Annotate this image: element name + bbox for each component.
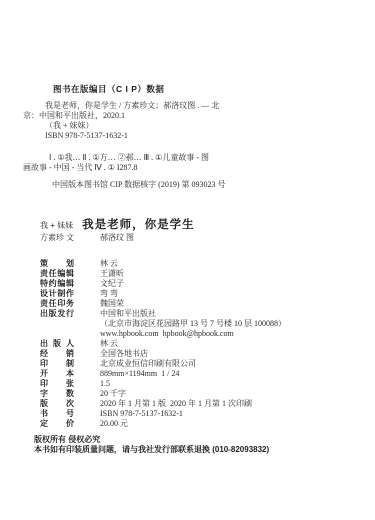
colophon-value: 魏国荣 bbox=[100, 299, 124, 308]
colophon-value: 王潇昕 bbox=[100, 269, 124, 278]
colophon-label: 特约编辑 bbox=[40, 279, 74, 289]
copyright-page: 图书在版编目（C I P）数据 我是老师，你是学生 / 方素珍文；郝洛玟图 . … bbox=[0, 0, 375, 520]
book-title: 我是老师，你是学生 bbox=[82, 219, 195, 231]
illustrator-credit: 郝洛玟 图 bbox=[100, 233, 134, 242]
colophon-row: 出版发行中国和平出版社 bbox=[40, 309, 375, 319]
title-line: 我 + 妹妹我是老师，你是学生 bbox=[40, 218, 375, 233]
colophon-label: 印张 bbox=[40, 379, 74, 389]
colophon-value: 弯 弯 bbox=[100, 289, 118, 298]
colophon-value: 2020 年 1 月第 1 版 2020 年 1 月第 1 次印刷 bbox=[100, 399, 252, 408]
colophon-value: 20 千字 bbox=[100, 389, 126, 398]
colophon-row-continuation: www.hpbook.com hpbook@hpbook.com bbox=[40, 329, 375, 339]
colophon-label: 书号 bbox=[40, 409, 74, 419]
colophon-value: www.hpbook.com hpbook@hpbook.com bbox=[100, 329, 234, 338]
colophon-value: 中国和平出版社 bbox=[100, 309, 156, 318]
colophon-value: 全国各地书店 bbox=[100, 349, 148, 358]
series-name: 我 + 妹妹 bbox=[40, 221, 73, 230]
colophon-label: 版次 bbox=[40, 399, 74, 409]
colophon-row: 责任印务魏国荣 bbox=[40, 299, 375, 309]
colophon-row: 印张1.5 bbox=[40, 379, 375, 389]
cip-title-statement-line1: 我是老师，你是学生 / 方素珍文；郝洛玟图 . — 北 bbox=[45, 101, 375, 111]
copyright-notice-line1: 版权所有 侵权必究 bbox=[34, 435, 375, 445]
colophon-row: 开本889mm×1194mm 1 / 24 bbox=[40, 369, 375, 379]
colophon-label: 开本 bbox=[40, 369, 74, 379]
colophon-value: 20.00 元 bbox=[100, 419, 128, 428]
colophon-row: 印制北京成业恒信印刷有限公司 bbox=[40, 359, 375, 369]
cip-classification-line1: Ⅰ . ①我… Ⅱ . ①方… ②郝… Ⅲ . ①儿童故事 - 图 bbox=[49, 153, 375, 163]
colophon-row: 出版人林 云 bbox=[40, 339, 375, 349]
colophon-row: 策划林 云 bbox=[40, 259, 375, 269]
colophon-row: 设计制作弯 弯 bbox=[40, 289, 375, 299]
colophon-label: 出版人 bbox=[40, 339, 74, 349]
cip-registry-number: 中国版本图书馆 CIP 数据核字 (2019) 第 093023 号 bbox=[52, 180, 375, 190]
colophon-label: 印制 bbox=[40, 359, 74, 369]
credits-line: 方素珍 文郝洛玟 图 bbox=[40, 233, 375, 243]
colophon-label: 定价 bbox=[40, 419, 74, 429]
colophon-label: 责任编辑 bbox=[40, 269, 74, 279]
cip-isbn: ISBN 978-7-5137-1632-1 bbox=[45, 131, 375, 141]
colophon-row: 定价20.00 元 bbox=[40, 419, 375, 429]
author-credit: 方素珍 文 bbox=[40, 233, 100, 243]
colophon-value: 北京成业恒信印刷有限公司 bbox=[100, 359, 196, 368]
colophon-row-continuation: （北京市海淀区花园路甲 13 号 7 号楼 10 层 100088） bbox=[40, 319, 375, 329]
colophon-row: 责任编辑王潇昕 bbox=[40, 269, 375, 279]
colophon-value: 林 云 bbox=[100, 339, 118, 348]
colophon-value: 文纪子 bbox=[100, 279, 124, 288]
colophon-value: 889mm×1194mm 1 / 24 bbox=[100, 369, 179, 378]
colophon-row: 版次2020 年 1 月第 1 版 2020 年 1 月第 1 次印刷 bbox=[40, 399, 375, 409]
colophon-label: 设计制作 bbox=[40, 289, 74, 299]
cip-heading: 图书在版编目（C I P）数据 bbox=[53, 84, 375, 94]
copyright-notice: 版权所有 侵权必究 本书如有印装质量问题，请与我社发行部联系退换 (010-82… bbox=[34, 435, 375, 455]
colophon-value: （北京市海淀区花园路甲 13 号 7 号楼 10 层 100088） bbox=[100, 319, 286, 328]
colophon-value: 林 云 bbox=[100, 259, 118, 268]
colophon-label: 策划 bbox=[40, 259, 74, 269]
colophon-row: 书号ISBN 978-7-5137-1632-1 bbox=[40, 409, 375, 419]
colophon-value: 1.5 bbox=[100, 379, 110, 388]
colophon-label: 经销 bbox=[40, 349, 74, 359]
colophon-value: ISBN 978-7-5137-1632-1 bbox=[100, 409, 183, 418]
colophon-label: 出版发行 bbox=[40, 309, 74, 319]
colophon-row: 字数20 千字 bbox=[40, 389, 375, 399]
cip-block: 图书在版编目（C I P）数据 我是老师，你是学生 / 方素珍文；郝洛玟图 . … bbox=[0, 0, 375, 190]
colophon-row: 特约编辑文纪子 bbox=[40, 279, 375, 289]
colophon-row: 经销全国各地书店 bbox=[40, 349, 375, 359]
cip-title-statement-line2: 京：中国和平出版社，2020.1 bbox=[23, 111, 375, 121]
colophon-label: 字数 bbox=[40, 389, 74, 399]
cip-series-note: （我 + 妹妹） bbox=[45, 121, 375, 131]
copyright-notice-line2: 本书如有印装质量问题，请与我社发行部联系退换 (010-82093832) bbox=[34, 445, 375, 455]
colophon-roster: 策划林 云责任编辑王潇昕特约编辑文纪子设计制作弯 弯责任印务魏国荣出版发行中国和… bbox=[0, 259, 375, 429]
cip-classification-line2: 画故事 - 中国 - 当代 Ⅳ . ① I287.8 bbox=[23, 163, 375, 173]
colophon-label: 责任印务 bbox=[40, 299, 74, 309]
